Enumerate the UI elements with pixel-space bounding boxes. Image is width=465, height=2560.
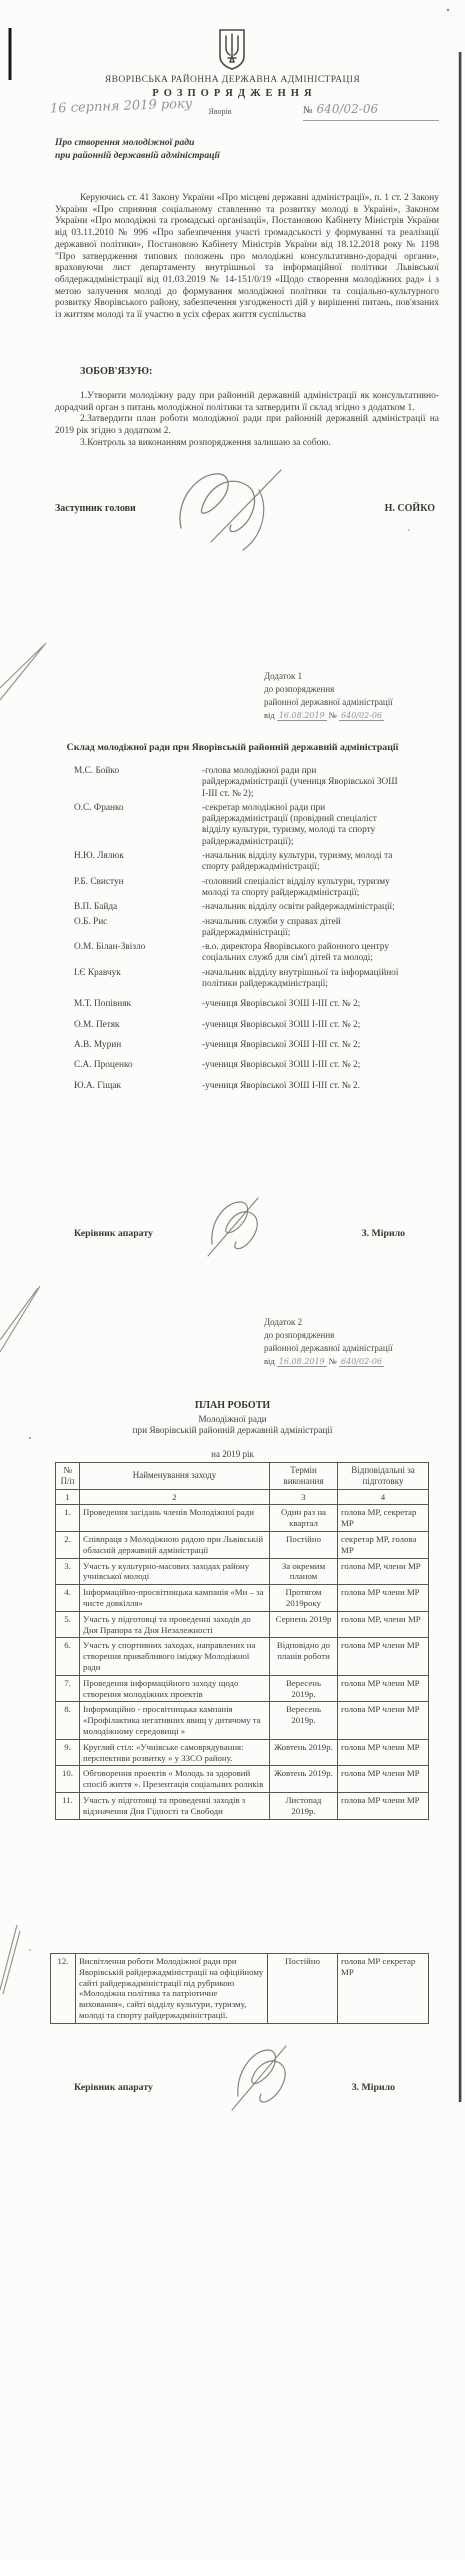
order-item: 1.Утворити молодіжну раду при районній д… bbox=[55, 391, 439, 414]
number-prefix: № bbox=[329, 1356, 337, 1366]
signer-name: З. Мірило bbox=[361, 1228, 405, 1239]
member-name: С.А. Проценко bbox=[74, 1060, 202, 1071]
row-resp: голова МР члени МР bbox=[338, 1792, 429, 1819]
member-name: М.Т. Попівняк bbox=[74, 999, 202, 1010]
member-role: -учениця Яворівської ЗОШ І-ІІІ ст. № 2. bbox=[202, 1081, 404, 1092]
row-num: 8. bbox=[56, 1702, 80, 1739]
row-resp: голова МР члени МР bbox=[338, 1638, 429, 1675]
list-item: Н.Ю. Лялюк-начальник відділу культури, т… bbox=[74, 851, 404, 874]
row-term: Відповідно до планів роботи bbox=[270, 1638, 338, 1675]
signature-row: Керівник апарату З. Мірило bbox=[0, 2082, 465, 2093]
appendix1-header: Додаток 1 до розпорядження районної держ… bbox=[264, 670, 444, 722]
handwritten-number: 640/02-06 bbox=[339, 711, 384, 721]
member-name: О.С. Франко bbox=[74, 803, 202, 848]
col-header-resp: Відповідальні за підготовку bbox=[338, 1463, 429, 1490]
org-name: ЯВОРІВСЬКА РАЙОННА ДЕРЖАВНА АДМІНІСТРАЦІ… bbox=[0, 75, 465, 85]
row-activity: Круглий стіл: «Учнівське самоврядування:… bbox=[80, 1739, 270, 1766]
work-plan-table: № П/п Найменування заходу Термін виконан… bbox=[55, 1462, 429, 1820]
row-resp: голова МР члени МР bbox=[338, 1702, 429, 1739]
col-header-num: № П/п bbox=[56, 1463, 80, 1490]
row-resp: голова МР члени МР bbox=[338, 1585, 429, 1612]
number-prefix: № bbox=[303, 105, 313, 116]
col-number: 2 bbox=[80, 1489, 270, 1505]
row-term: Постійно bbox=[270, 1531, 338, 1558]
row-activity: Інформаційно - просвітницька кампанія «П… bbox=[80, 1702, 270, 1739]
list-item: І.Є Кравчук-начальник відділу внутрішньо… bbox=[74, 968, 404, 991]
handwritten-number: 640/02-06 bbox=[317, 102, 379, 116]
place-label: Яворів bbox=[150, 107, 290, 116]
column-number-row: 1 2 3 4 bbox=[56, 1489, 429, 1505]
table-row: 4.Інформаційно-просвітницька кампанія «М… bbox=[56, 1585, 429, 1612]
row-term: Один раз на квартал bbox=[270, 1505, 338, 1532]
signature-row: Керівник апарату З. Мірило bbox=[0, 1228, 465, 1239]
scan-artifacts bbox=[0, 0, 465, 2560]
appendix1-ref-line: від 16.08.2019 № 640/02-06 bbox=[264, 709, 444, 722]
subject-line: Про створення молодіжної ради bbox=[55, 137, 335, 150]
list-item: С.А. Проценко-учениця Яворівської ЗОШ І-… bbox=[74, 1060, 404, 1071]
appendix-label: Додаток 2 bbox=[264, 1316, 444, 1329]
member-name: Р.Б. Свистун bbox=[74, 877, 202, 900]
preamble-paragraph: Керуючись ст. 41 Закону України «Про міс… bbox=[55, 193, 439, 322]
plan-title: ПЛАН РОБОТИ bbox=[0, 1400, 465, 1411]
document-number-line: № 640/02-06 bbox=[303, 100, 439, 121]
order-item: 2.Затвердити план роботи молодіжної ради… bbox=[55, 414, 439, 437]
table-row: 7.Проведення інформаційного заходу щодо … bbox=[56, 1675, 429, 1702]
row-term: Листопад 2019р. bbox=[270, 1792, 338, 1819]
table-row: 3.Участь у культурно-масових заходах рай… bbox=[56, 1558, 429, 1585]
row-resp: голова МР члени МР bbox=[338, 1675, 429, 1702]
signature-mirylo bbox=[218, 2040, 318, 2122]
col-header-term: Термін виконання bbox=[270, 1463, 338, 1490]
row-num: 2. bbox=[56, 1531, 80, 1558]
row-activity: Співпраця з Молодіжною радою при Львівсь… bbox=[80, 1531, 270, 1558]
table-row: 1.Проведення засідань членів Молодіжної … bbox=[56, 1505, 429, 1532]
member-name: О.Б. Рис bbox=[74, 917, 202, 940]
member-name: Н.Ю. Лялюк bbox=[74, 851, 202, 874]
row-resp: голова МР, секретар МР bbox=[338, 1505, 429, 1532]
from-prefix: від bbox=[264, 1356, 275, 1366]
subject-block: Про створення молодіжної ради при районн… bbox=[55, 137, 335, 162]
signer-name: З. Мірило bbox=[351, 2082, 395, 2093]
table-row: 11.Участь у підготовці та проведенні зах… bbox=[56, 1792, 429, 1819]
row-resp: голова МР секретар МР bbox=[338, 1954, 429, 2024]
appendix-line: районної державної адміністрації bbox=[264, 1342, 444, 1355]
signer-title: Керівник апарату bbox=[74, 2082, 153, 2093]
row-num: 9. bbox=[56, 1739, 80, 1766]
ukraine-trident-emblem bbox=[208, 28, 256, 74]
plan-subtitle: Молодіжної ради bbox=[0, 1415, 465, 1425]
table-row: 5.Участь у підготовці та проведенні захо… bbox=[56, 1611, 429, 1638]
plan-subtitle: при Яворівській районній державній адмін… bbox=[0, 1426, 465, 1436]
member-name: А.В. Мурин bbox=[74, 1040, 202, 1051]
list-item: О.С. Франко-секретар молодіжної ради при… bbox=[74, 803, 404, 848]
row-num: 1. bbox=[56, 1505, 80, 1532]
row-term: Серпень 2019р bbox=[270, 1611, 338, 1638]
signer-title: Заступник голови bbox=[55, 503, 136, 514]
order-items: 1.Утворити молодіжну раду при районній д… bbox=[55, 391, 439, 450]
appendix-line: до розпорядження bbox=[264, 1329, 444, 1342]
row-num: 7. bbox=[56, 1675, 80, 1702]
handwritten-date: 16.08.2019 bbox=[277, 1357, 327, 1367]
member-role: -в.о. директора Яворівського районного ц… bbox=[202, 942, 404, 965]
row-activity: Участь у спортивних заходах, направлених… bbox=[80, 1638, 270, 1675]
row-activity: Проведення засідань членів Молодіжної ра… bbox=[80, 1505, 270, 1532]
resolve-heading: ЗОБОВ'ЯЗУЮ: bbox=[80, 366, 152, 377]
member-name: О.М. Білан-Звізло bbox=[74, 942, 202, 965]
member-role: -начальник відділу внутрішньої та інформ… bbox=[202, 968, 404, 991]
member-role: -начальник служби у справах дітей райдер… bbox=[202, 917, 404, 940]
row-term: Вересень 2019р. bbox=[270, 1675, 338, 1702]
signer-title: Керівник апарату bbox=[74, 1228, 153, 1239]
row-num: 10. bbox=[56, 1766, 80, 1793]
scanned-document: ЯВОРІВСЬКА РАЙОННА ДЕРЖАВНА АДМІНІСТРАЦІ… bbox=[0, 0, 465, 2560]
list-item: О.М. Білан-Звізло-в.о. директора Яворівс… bbox=[74, 942, 404, 965]
member-role: -учениця Яворівської ЗОШ І-ІІІ ст. № 2; bbox=[202, 999, 404, 1010]
member-role: -учениця Яворівської ЗОШ І-ІІІ ст. № 2; bbox=[202, 1020, 404, 1031]
row-term: Вересень 2019р. bbox=[270, 1702, 338, 1739]
member-role: -учениця Яворівської ЗОШ І-ІІІ ст. № 2; bbox=[202, 1060, 404, 1071]
row-num: 4. bbox=[56, 1585, 80, 1612]
member-role: -головний спеціаліст відділу культури, т… bbox=[202, 877, 404, 900]
row-term: Жовтень 2019р. bbox=[270, 1766, 338, 1793]
row-resp: секретар МР, голова МР bbox=[338, 1531, 429, 1558]
member-role: -начальник відділу культури, туризму, мо… bbox=[202, 851, 404, 874]
members-list: М.С. Бойко-голова молодіжної ради при ра… bbox=[74, 766, 404, 1095]
row-term: Жовтень 2019р. bbox=[270, 1739, 338, 1766]
row-activity: Участь у культурно-масових заходах район… bbox=[80, 1558, 270, 1585]
table-header-row: № П/п Найменування заходу Термін виконан… bbox=[56, 1463, 429, 1490]
row-num: 6. bbox=[56, 1638, 80, 1675]
row-activity: Участь у підготовці та проведенні заході… bbox=[80, 1792, 270, 1819]
row-term: За окремим планом bbox=[270, 1558, 338, 1585]
table-row: 8.Інформаційно - просвітницька кампанія … bbox=[56, 1702, 429, 1739]
subject-line: при районній державній адміністрації bbox=[55, 150, 335, 163]
row-term: Постійно bbox=[268, 1954, 338, 2024]
member-role: -начальник відділу освіти райдержадмініс… bbox=[202, 902, 404, 913]
row-resp: голова МР члени МР bbox=[338, 1766, 429, 1793]
signature-row: Заступник голови Н. СОЙКО bbox=[0, 503, 465, 514]
row-activity: Висвітлення роботи Молодіжної ради при Я… bbox=[76, 1954, 268, 2024]
row-resp: голова МР члени МР bbox=[338, 1739, 429, 1766]
appendix-label: Додаток 1 bbox=[264, 670, 444, 683]
row-num: 5. bbox=[56, 1611, 80, 1638]
list-item: О.Б. Рис-начальник служби у справах діте… bbox=[74, 917, 404, 940]
appendix2-header: Додаток 2 до розпорядження районної держ… bbox=[264, 1316, 444, 1368]
member-name: Ю.А. Гіщак bbox=[74, 1081, 202, 1092]
row-activity: Проведення інформаційного заходу щодо ст… bbox=[80, 1675, 270, 1702]
col-header-name: Найменування заходу bbox=[80, 1463, 270, 1490]
row-activity: Обговорення проектів « Молодь за здорови… bbox=[80, 1766, 270, 1793]
order-item: 3.Контроль за виконанням розпорядження з… bbox=[55, 438, 439, 450]
row-activity: Участь у підготовці та проведенні заході… bbox=[80, 1611, 270, 1638]
col-number: 1 bbox=[56, 1489, 80, 1505]
table-row: 9.Круглий стіл: «Учнівське самоврядуванн… bbox=[56, 1739, 429, 1766]
list-item: О.М. Петяк-учениця Яворівської ЗОШ І-ІІІ… bbox=[74, 1020, 404, 1031]
row-resp: голова МР, члени МР bbox=[338, 1611, 429, 1638]
signer-name: Н. СОЙКО bbox=[385, 503, 435, 514]
col-number: 3 bbox=[270, 1489, 338, 1505]
handwritten-date: 16.08.2019 bbox=[277, 711, 327, 721]
member-name: І.Є Кравчук bbox=[74, 968, 202, 991]
list-item: Ю.А. Гіщак-учениця Яворівської ЗОШ І-ІІІ… bbox=[74, 1081, 404, 1092]
row-num: 12. bbox=[51, 1954, 76, 2024]
row-num: 3. bbox=[56, 1558, 80, 1585]
plan-year: на 2019 рік bbox=[0, 1449, 465, 1459]
member-role: -секретар молодіжної ради при райдержадм… bbox=[202, 803, 404, 848]
appendix1-heading: Склад молодіжної ради при Яворівській ра… bbox=[30, 742, 435, 753]
row-num: 11. bbox=[56, 1792, 80, 1819]
list-item: А.В. Мурин-учениця Яворівської ЗОШ І-ІІІ… bbox=[74, 1040, 404, 1051]
row-term: Протягом 2019року bbox=[270, 1585, 338, 1612]
member-name: В.П. Байда bbox=[74, 902, 202, 913]
list-item: В.П. Байда-начальник відділу освіти райд… bbox=[74, 902, 404, 913]
appendix-line: до розпорядження bbox=[264, 683, 444, 696]
doc-type-title: Р О З П О Р Я Д Ж Е Н Н Я bbox=[0, 88, 465, 99]
member-name: О.М. Петяк bbox=[74, 1020, 202, 1031]
list-item: М.С. Бойко-голова молодіжної ради при ра… bbox=[74, 766, 404, 800]
member-role: -голова молодіжної ради при райдержадмін… bbox=[202, 766, 404, 800]
appendix-line: районної державної адміністрації bbox=[264, 696, 444, 709]
number-prefix: № bbox=[329, 710, 337, 720]
from-prefix: від bbox=[264, 710, 275, 720]
table-row: 2.Співпраця з Молодіжною радою при Львів… bbox=[56, 1531, 429, 1558]
table-row: 6.Участь у спортивних заходах, направлен… bbox=[56, 1638, 429, 1675]
list-item: Р.Б. Свистун-головний спеціаліст відділу… bbox=[74, 877, 404, 900]
table-row: 12. Висвітлення роботи Молодіжної ради п… bbox=[51, 1954, 429, 2024]
appendix2-ref-line: від 16.08.2019 № 640/02-06 bbox=[264, 1355, 444, 1368]
row-resp: голова МР, члени МР bbox=[338, 1558, 429, 1585]
work-plan-table-continued: 12. Висвітлення роботи Молодіжної ради п… bbox=[50, 1953, 429, 2024]
handwritten-number: 640/02-06 bbox=[339, 1357, 384, 1367]
list-item: М.Т. Попівняк-учениця Яворівської ЗОШ І-… bbox=[74, 999, 404, 1010]
row-activity: Інформаційно-просвітницька кампанія «Ми … bbox=[80, 1585, 270, 1612]
col-number: 4 bbox=[338, 1489, 429, 1505]
member-name: М.С. Бойко bbox=[74, 766, 202, 800]
table-row: 10.Обговорення проектів « Молодь за здор… bbox=[56, 1766, 429, 1793]
member-role: -учениця Яворівської ЗОШ І-ІІІ ст. № 2; bbox=[202, 1040, 404, 1051]
